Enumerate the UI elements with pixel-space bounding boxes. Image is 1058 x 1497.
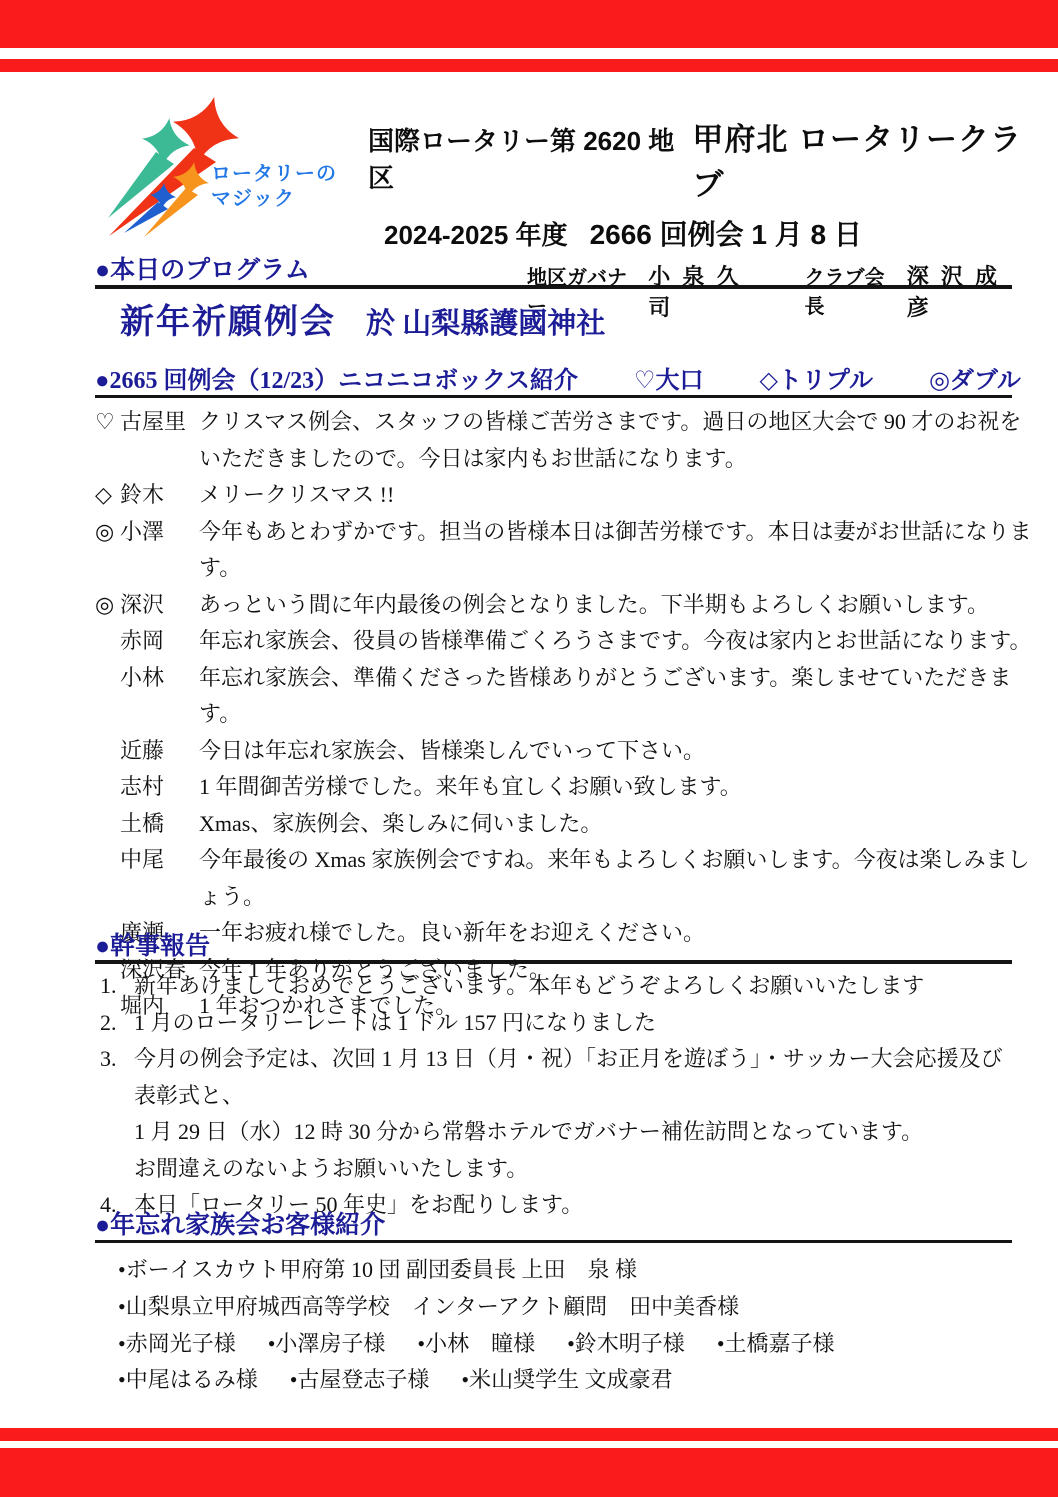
guest-name: •山梨県立甲府城西高等学校 インターアクト顧問 田中美香様 [118,1289,739,1326]
program-venue: 於 山梨縣護國神社 [366,301,605,342]
report-item-number: 2. [100,1005,134,1042]
donation-message: 年忘れ家族会、準備くださった皆様ありがとうございます。楽しませていただきます。 [199,660,1045,733]
report-item-number: 3. [100,1041,134,1187]
rotary-year: 2024-2025 年度 [384,215,568,252]
masthead-line1: 国際ロータリー第 2620 地区 甲府北 ロータリークラブ [368,114,1028,204]
nikoniko-heading-row: ●2665 回例会（12/23）ニコニコボックス紹介 ♡大口◇トリプル◎ダブル [95,360,1021,395]
donor-name: 小林 [120,665,164,690]
nikoniko-entry: 廣瀬一年お疲れ様でした。良い新年をお迎えください。 [95,915,1045,952]
nikoniko-legend-item: ♡大口 [634,360,704,395]
donor-name: 中尾 [120,847,164,872]
donor-name-cell: ♡古屋里 [95,404,199,477]
logo-slogan: ロータリーの マジック [211,162,337,212]
donation-class-symbol: ◎ [95,587,120,624]
nikoniko-entry: ♡古屋里クリスマス例会、スタッフの皆様ご苦労さまです。過日の地区大会で 90 才… [95,404,1045,477]
nikoniko-entry: 志村1 年間御苦労様でした。来年も宜しくお願い致します。 [95,769,1045,806]
nikoniko-legend-item: ◇トリプル [759,360,873,395]
donation-message: 一年お疲れ様でした。良い新年をお迎えください。 [199,915,1045,952]
guest-name: •鈴木明子様 [567,1326,685,1363]
donor-name-cell: 小林 [95,660,199,733]
guest-name: •米山奨学生 文成豪君 [461,1362,672,1399]
donor-name-cell: 赤岡 [95,623,199,660]
donor-name-cell: 近藤 [95,733,199,770]
donation-class-symbol: ◇ [95,477,120,514]
donor-name-cell: 志村 [95,769,199,806]
donation-message: クリスマス例会、スタッフの皆様ご苦労さまです。過日の地区大会で 90 才のお祝を… [199,404,1045,477]
donation-class-symbol: ◎ [95,514,120,551]
nikoniko-entry: 土橋Xmas、家族例会、楽しみに伺いました。 [95,806,1045,843]
guest-list: •ボーイスカウト甲府第 10 団 副団委員長 上田 泉 様•山梨県立甲府城西高等… [118,1252,1018,1399]
guest-row: •ボーイスカウト甲府第 10 団 副団委員長 上田 泉 様 [118,1252,1018,1289]
guest-name: •中尾はるみ様 [118,1362,258,1399]
club-name: 甲府北 ロータリークラブ [692,114,1028,204]
masthead-line2: 2024-2025 年度 2666 回例会 1 月 8 日 [368,213,1028,253]
district-name: 国際ロータリー第 2620 地区 [368,121,676,195]
donor-name-cell: 土橋 [95,806,199,843]
president-name: 深 沢 成 彦 [907,260,1028,322]
secretary-report-list: 1.新年あけましておめでとうございます。本年もどうぞよろしくお願いいたします2.… [100,968,1015,1224]
donation-message: あっという間に年内最後の例会となりました。下半期もよろしくお願いします。 [199,587,1045,624]
nikoniko-legend: ♡大口◇トリプル◎ダブル [634,360,1021,395]
bulletin-page: { "colors": { "accent_red": "#fa1c1c", "… [0,0,1058,1497]
report-item: 1.新年あけましておめでとうございます。本年もどうぞよろしくお願いいたします [100,968,1015,1005]
meeting-number-date: 2666 回例会 1 月 8 日 [590,213,862,253]
guest-name: •赤岡光子様 [118,1326,236,1363]
donation-message: 今年最後の Xmas 家族例会ですね。来年もよろしくお願いします。今夜は楽しみま… [199,842,1045,915]
report-item: 2.1 月のロータリーレートは 1 ドル 157 円になりました [100,1005,1015,1042]
nikoniko-entry: ◎深沢あっという間に年内最後の例会となりました。下半期もよろしくお願いします。 [95,587,1045,624]
nikoniko-entry: 赤岡年忘れ家族会、役員の皆様準備ごくろうさまです。今夜は家内とお世話になります。 [95,623,1045,660]
top-thin-red-bar [0,59,1058,72]
guest-row: •中尾はるみ様•古屋登志子様•米山奨学生 文成豪君 [118,1362,1018,1399]
donor-name: 古屋里 [120,409,186,434]
donor-name: 小澤 [120,519,164,544]
donor-name: 鈴木 [120,482,164,507]
report-item-number: 1. [100,968,134,1005]
report-item-text: 今月の例会予定は、次回 1 月 13 日（月・祝）「お正月を遊ぼう」・サッカー大… [134,1041,1015,1187]
report-item-text: 新年あけましておめでとうございます。本年もどうぞよろしくお願いいたします [134,968,1015,1005]
bottom-thick-red-bar [0,1448,1058,1497]
donor-name: 深沢 [120,592,164,617]
donor-name: 土橋 [120,811,164,836]
donation-message: 今年もあとわずかです。担当の皆様本日は御苦労様です。本日は妻がお世話になります。 [199,514,1045,587]
bottom-thin-red-bar [0,1428,1058,1441]
divider-rule [95,960,1012,964]
donation-class-symbol: ♡ [95,404,120,441]
secretary-report-heading: ●幹事報告 [95,926,210,962]
donor-name-cell: ◎深沢 [95,587,199,624]
donation-message: 年忘れ家族会、役員の皆様準備ごくろうさまです。今夜は家内とお世話になります。 [199,623,1045,660]
program-title-row: 新年祈願例会 於 山梨縣護國神社 [120,294,605,343]
nikoniko-entry-list: ♡古屋里クリスマス例会、スタッフの皆様ご苦労さまです。過日の地区大会で 90 才… [95,404,1045,1025]
report-item-text: 1 月のロータリーレートは 1 ドル 157 円になりました [134,1005,1015,1042]
nikoniko-entry: ◎小澤今年もあとわずかです。担当の皆様本日は御苦労様です。本日は妻がお世話になり… [95,514,1045,587]
donation-message: 今日は年忘れ家族会、皆様楽しんでいって下さい。 [199,733,1045,770]
guest-name: •小澤房子様 [268,1326,386,1363]
donor-name-cell: ◇鈴木 [95,477,199,514]
president-label: クラブ会長 [805,261,900,319]
guest-row: •山梨県立甲府城西高等学校 インターアクト顧問 田中美香様 [118,1289,1018,1326]
donor-name: 赤岡 [120,628,164,653]
nikoniko-heading: ●2665 回例会（12/23）ニコニコボックス紹介 [95,360,578,395]
report-item: 3.今月の例会予定は、次回 1 月 13 日（月・祝）「お正月を遊ぼう」・サッカ… [100,1041,1015,1187]
donation-message: Xmas、家族例会、楽しみに伺いました。 [199,806,1045,843]
donor-name-cell: 中尾 [95,842,199,915]
donor-name: 志村 [120,774,164,799]
nikoniko-legend-item: ◎ダブル [929,360,1021,395]
program-title: 新年祈願例会 [120,294,336,343]
top-thick-red-bar [0,0,1058,48]
nikoniko-entry: ◇鈴木メリークリスマス !! [95,477,1045,514]
guest-name: •小林 瞳様 [417,1326,535,1363]
donor-name-cell: ◎小澤 [95,514,199,587]
nikoniko-entry: 近藤今日は年忘れ家族会、皆様楽しんでいって下さい。 [95,733,1045,770]
masthead: 国際ロータリー第 2620 地区 甲府北 ロータリークラブ 2024-2025 … [368,114,1028,322]
program-section-heading: ●本日のプログラム [95,250,310,286]
divider-rule [95,395,1012,398]
guest-name: •古屋登志子様 [290,1362,430,1399]
rotary-magic-logo: ロータリーの マジック [106,90,350,240]
guest-row: •赤岡光子様•小澤房子様•小林 瞳様•鈴木明子様•土橋嘉子様 [118,1326,1018,1363]
nikoniko-entry: 中尾今年最後の Xmas 家族例会ですね。来年もよろしくお願いします。今夜は楽し… [95,842,1045,915]
donation-message: メリークリスマス !! [199,477,1045,514]
governor-name: 小 泉 久 司 [648,260,769,322]
guest-name: •土橋嘉子様 [717,1326,835,1363]
donor-name: 近藤 [120,738,164,763]
divider-rule [95,1240,1012,1243]
divider-rule [95,285,1012,289]
nikoniko-entry: 小林年忘れ家族会、準備くださった皆様ありがとうございます。楽しませていただきます… [95,660,1045,733]
guest-name: •ボーイスカウト甲府第 10 団 副団委員長 上田 泉 様 [118,1252,637,1289]
guests-section-heading: ●年忘れ家族会お客様紹介 [95,1205,385,1241]
donation-message: 1 年間御苦労様でした。来年も宜しくお願い致します。 [199,769,1045,806]
